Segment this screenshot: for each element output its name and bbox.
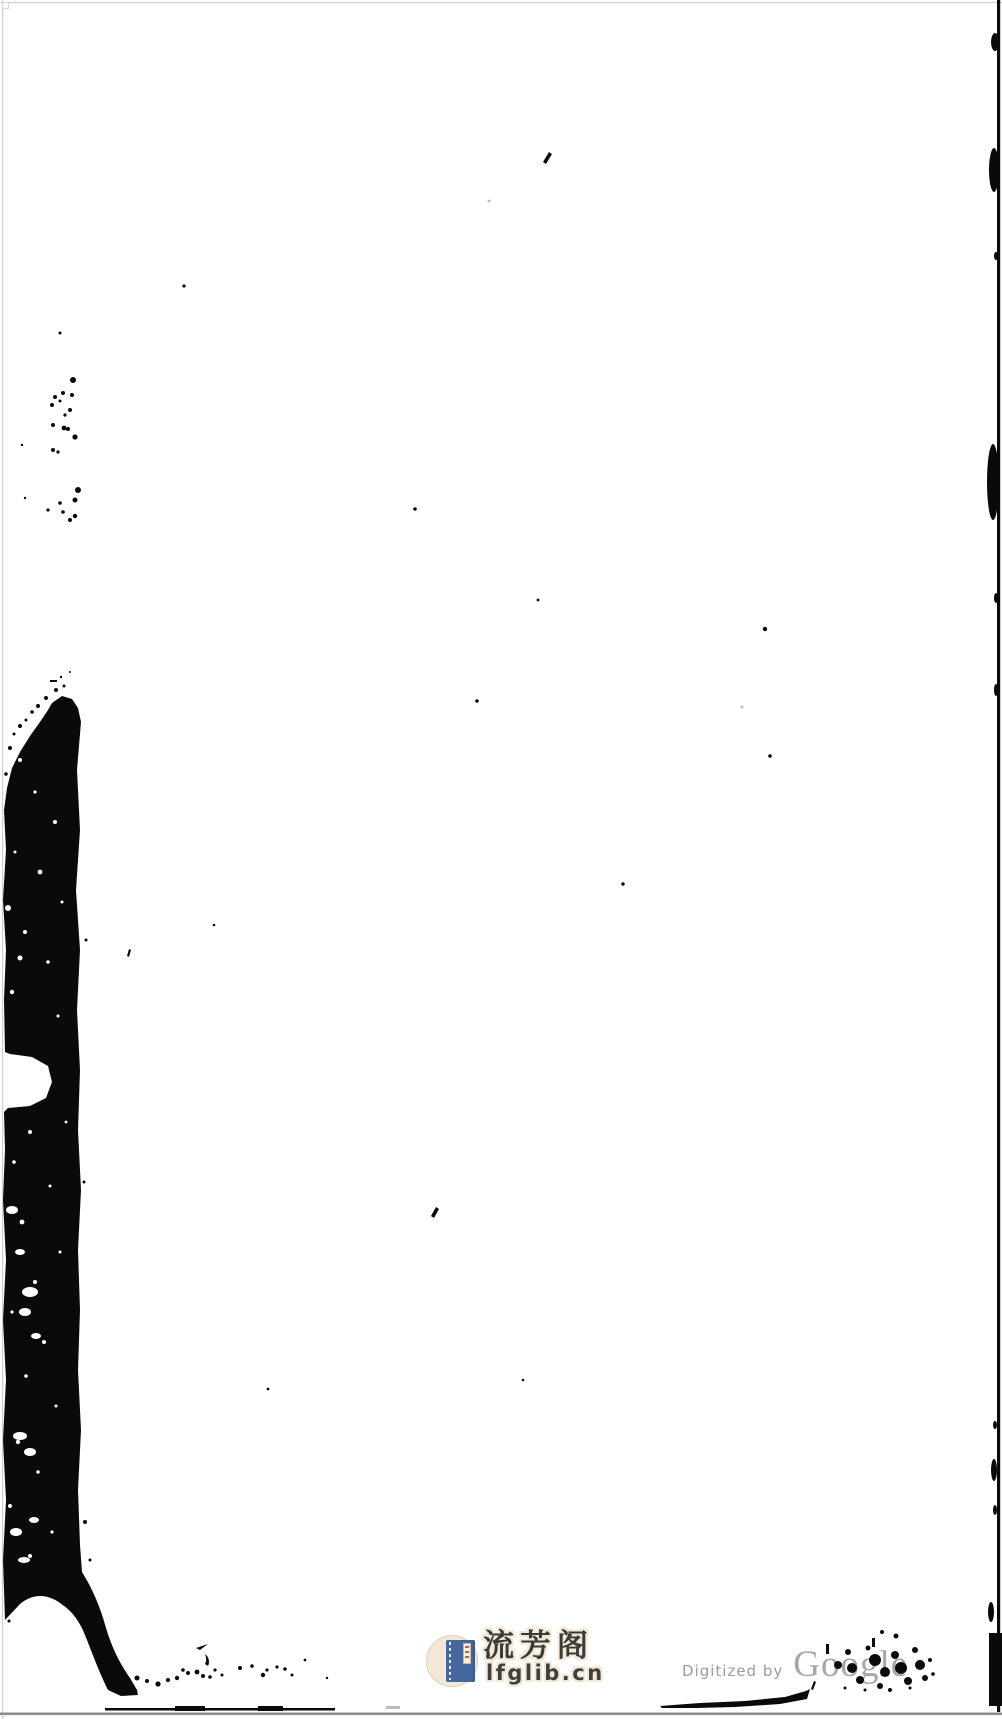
lfg-watermark-domain: lfglib.cn	[486, 1663, 605, 1684]
lfg-watermark-badge	[426, 1635, 478, 1687]
left-ink-blob	[3, 671, 138, 1696]
bottom-ink-speckles	[105, 1644, 400, 1711]
scattered-ink-specks	[127, 152, 772, 1390]
book-logo-icon	[446, 1640, 475, 1682]
ink-stain-layer	[0, 0, 1002, 1719]
book-label-icon	[463, 1643, 471, 1664]
lfg-watermark-title: 流芳阁	[483, 1629, 594, 1663]
google-logo-text: Google	[793, 1648, 908, 1681]
upper-left-ink-speckles	[21, 332, 81, 523]
scanned-page: 流芳阁 lfglib.cn Digitized by Google	[0, 0, 1002, 1719]
digitized-by-label: Digitized by	[682, 1662, 783, 1680]
right-edge-ink-line	[987, 0, 1002, 1712]
page-border-lines	[0, 0, 1002, 1719]
ink-smudge	[660, 1681, 816, 1708]
google-watermark: Digitized by Google	[682, 1648, 908, 1681]
